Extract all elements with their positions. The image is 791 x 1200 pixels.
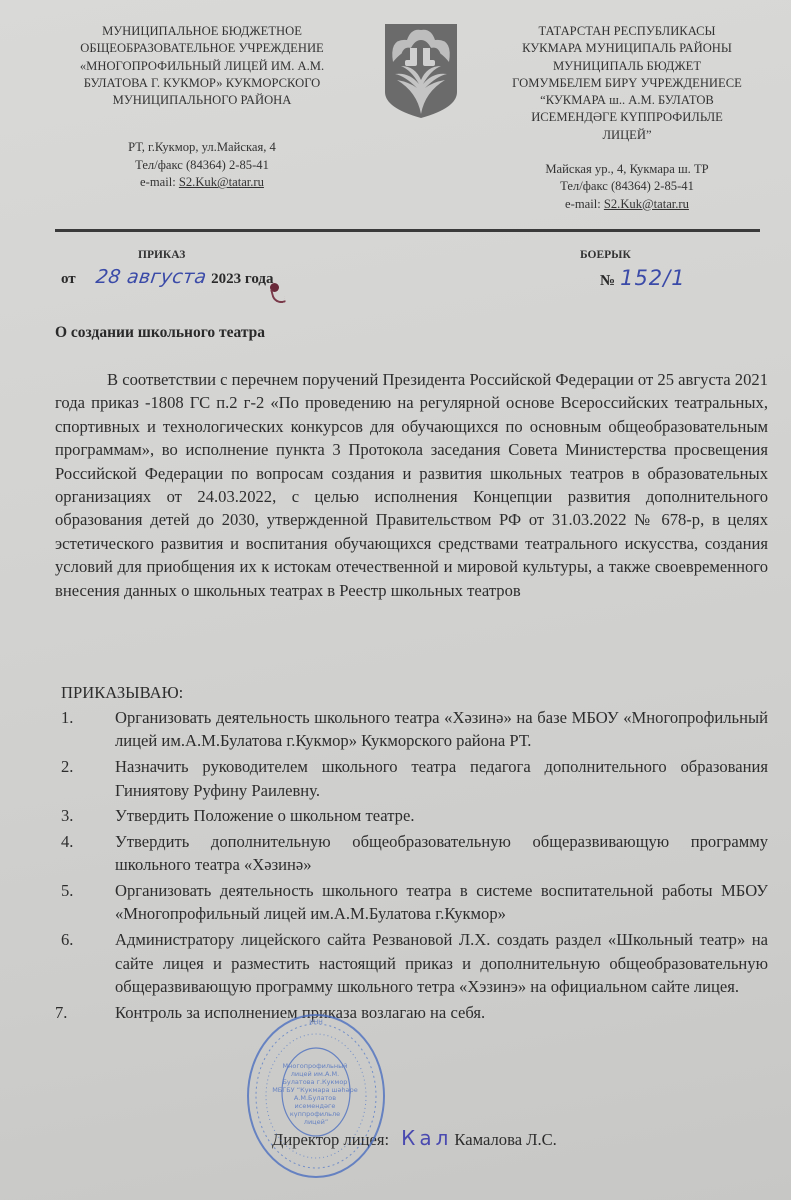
contacts-tt: Майская ур., 4, Кукмара ш. ТР Тел/факс (…	[497, 161, 757, 213]
phone-tt: Тел/факс (84364) 2-85-41	[497, 178, 757, 195]
list-item: 1. Организовать деятельность школьного т…	[55, 706, 768, 753]
header-right-tt: ТАТАРСТАН РЕСПУБЛИКАСЫ КУКМАРА МУНИЦИПАЛ…	[497, 23, 757, 213]
document-title: О создании школьного театра	[55, 324, 265, 342]
order-document: МУНИЦИПАЛЬНОЕ БЮДЖЕТНОЕ ОБЩЕОБРАЗОВАТЕЛЬ…	[0, 0, 791, 1200]
header-divider	[55, 229, 760, 232]
svg-text:Многопрофильный лицей им: Многопрофильный лицей им.А.М. Булатова г…	[272, 1062, 360, 1126]
address-tt: Майская ур., 4, Кукмара ш. ТР	[497, 161, 757, 178]
handwritten-signature: Кал	[401, 1126, 452, 1150]
email-link[interactable]: S2.Kuk@tatar.ru	[179, 175, 264, 189]
handwritten-number: 152/1	[620, 266, 686, 290]
institution-name-tt: ТАТАРСТАН РЕСПУБЛИКАСЫ КУКМАРА МУНИЦИПАЛ…	[497, 23, 757, 144]
contacts-ru: РТ, г.Кукмор, ул.Майская, 4 Тел/факс (84…	[52, 139, 352, 191]
ink-smudge	[270, 287, 286, 306]
email-line-ru: e-mail: S2.Kuk@tatar.ru	[52, 174, 352, 191]
order-items-list: 1. Организовать деятельность школьного т…	[55, 706, 768, 1026]
preamble-paragraph: В соответствии с перечнем поручений През…	[55, 368, 768, 602]
handwritten-date: 28 августа	[94, 266, 208, 288]
orders-heading: ПРИКАЗЫВАЮ:	[61, 683, 183, 703]
signature-block: Директор лицея: Кал Камалова Л.С.	[272, 1126, 557, 1150]
phone-ru: Тел/факс (84364) 2-85-41	[52, 157, 352, 174]
email-line-tt: e-mail: S2.Kuk@tatar.ru	[497, 196, 757, 213]
list-item: 3. Утвердить Положение о школьном театре…	[55, 804, 768, 827]
list-item: 7. Контроль за исполнением приказа возла…	[55, 1001, 768, 1024]
list-item: 6. Администратору лицейского сайта Резва…	[55, 928, 768, 998]
signer-position: Директор лицея:	[272, 1130, 389, 1150]
order-word-tt: БОЕРЫК	[580, 249, 631, 261]
order-word-ru: ПРИКАЗ	[138, 249, 185, 261]
institution-name-ru: МУНИЦИПАЛЬНОЕ БЮДЖЕТНОЕ ОБЩЕОБРАЗОВАТЕЛЬ…	[52, 23, 352, 109]
signer-name: Камалова Л.С.	[454, 1130, 556, 1150]
order-date: от 28 августа 2023 года	[61, 266, 273, 288]
header-left-ru: МУНИЦИПАЛЬНОЕ БЮДЖЕТНОЕ ОБЩЕОБРАЗОВАТЕЛЬ…	[52, 23, 352, 191]
coat-of-arms-icon	[383, 22, 459, 120]
address-ru: РТ, г.Кукмор, ул.Майская, 4	[52, 139, 352, 156]
email-link[interactable]: S2.Kuk@tatar.ru	[604, 197, 689, 211]
official-seal-icon: ИНН Многопрофильный лицей им.А.М. Булато…	[245, 1012, 387, 1180]
list-item: 5. Организовать деятельность школьного т…	[55, 879, 768, 926]
order-number: № 152/1	[600, 266, 686, 290]
list-item: 2. Назначить руководителем школьного теа…	[55, 755, 768, 802]
list-item: 4. Утвердить дополнительную общеобразова…	[55, 830, 768, 877]
